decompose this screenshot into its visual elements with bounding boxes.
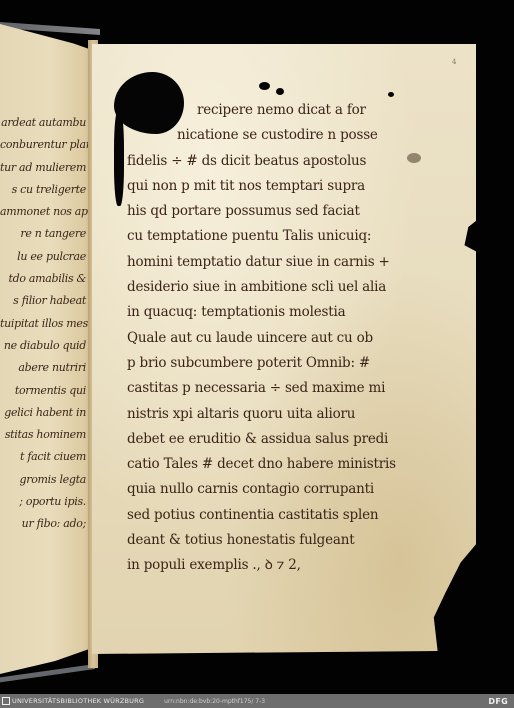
left-text-line: s filior habeat — [0, 290, 92, 312]
left-text-line: tuipitat illos mesti — [0, 313, 92, 335]
manuscript-viewer[interactable]: ardeat autambu conburentur plan tur ad m… — [0, 0, 514, 694]
left-text-line: gelici habent in — [0, 402, 92, 424]
left-text-line: ne diabulo quid — [0, 335, 92, 357]
left-text-line: re n tangere — [0, 223, 92, 245]
left-text-line: tormentis qui — [0, 380, 92, 402]
institution-label: UNIVERSITÄTSBIBLIOTHEK WÜRZBURG — [12, 697, 144, 705]
left-text-line: tur ad mulierem — [0, 157, 92, 179]
left-text-line: ammonet nos apo — [0, 201, 92, 223]
left-page-text: ardeat autambu conburentur plan tur ad m… — [0, 112, 92, 536]
parchment-hole-small — [259, 82, 270, 90]
manuscript-line: debet ee eruditio & assidua salus predi — [127, 427, 417, 452]
manuscript-line: nicatione se custodire n posse — [127, 123, 417, 148]
manuscript-line: deant & totius honestatis fulgeant — [127, 528, 417, 553]
parchment-hole-small — [276, 88, 284, 95]
left-text-line: lu ee pulcrae — [0, 246, 92, 268]
footer-bar: UNIVERSITÄTSBIBLIOTHEK WÜRZBURG urn:nbn:… — [0, 694, 514, 708]
left-text-line: ; oportu ipis. — [0, 491, 92, 513]
library-logo-icon — [2, 697, 10, 705]
manuscript-line: his qd portare possumus sed faciat — [127, 199, 417, 224]
left-text-line: abere nutriri — [0, 357, 92, 379]
parchment-hole-small — [388, 92, 394, 97]
folio-number: 4 — [452, 58, 456, 66]
manuscript-line: sed potius continentia castitatis splen — [127, 503, 417, 528]
manuscript-line: qui non p mit tit nos temptari supra — [127, 174, 417, 199]
manuscript-line: desiderio siue in ambitione scli uel ali… — [127, 275, 417, 300]
manuscript-line: homini temptatio datur siue in carnis + — [127, 250, 417, 275]
right-page-text: recipere nemo dicat a for nicatione se c… — [127, 98, 417, 579]
manuscript-line: cu temptatione puentu Talis unicuiq: — [127, 224, 417, 249]
left-text-line: gromis legta — [0, 469, 92, 491]
manuscript-line: nistris xpi altaris quoru uita alioru — [127, 402, 417, 427]
left-text-line: stitas hominem — [0, 424, 92, 446]
left-text-line: t facit ciuem — [0, 446, 92, 468]
manuscript-line: quia nullo carnis contagio corrupanti — [127, 477, 417, 502]
manuscript-line: catio Tales # decet dno habere ministris — [127, 452, 417, 477]
urn-identifier: urn:nbn:de:bvb:20-mpthf175/ 7-3 — [164, 698, 265, 705]
manuscript-line: fidelis ÷ # ds dicit beatus apostolus — [127, 149, 417, 174]
manuscript-line: in quacuq: temptationis molestia — [127, 300, 417, 325]
manuscript-line: Quale aut cu laude uincere aut cu ob — [127, 326, 417, 351]
manuscript-line: p brio subcumbere poterit Omnib: # — [127, 351, 417, 376]
manuscript-line: castitas p necessaria ÷ sed maxime mi — [127, 376, 417, 401]
left-text-line: s cu treligerte — [0, 179, 92, 201]
dfg-logo[interactable]: DFG — [488, 697, 514, 706]
manuscript-line: in populi exemplis ., ꝺ ⁊ 2, — [127, 553, 417, 578]
manuscript-line: recipere nemo dicat a for — [127, 98, 417, 123]
left-text-line: ur fibo: ado; — [0, 513, 92, 535]
parchment-hole-tail — [114, 110, 124, 206]
left-text-line: ardeat autambu — [0, 112, 92, 134]
left-text-line: conburentur plan — [0, 134, 92, 156]
left-text-line: tdo amabilis & — [0, 268, 92, 290]
left-page-verso: ardeat autambu conburentur plan tur ad m… — [0, 24, 92, 674]
institution-logo-link[interactable]: UNIVERSITÄTSBIBLIOTHEK WÜRZBURG urn:nbn:… — [0, 697, 265, 705]
